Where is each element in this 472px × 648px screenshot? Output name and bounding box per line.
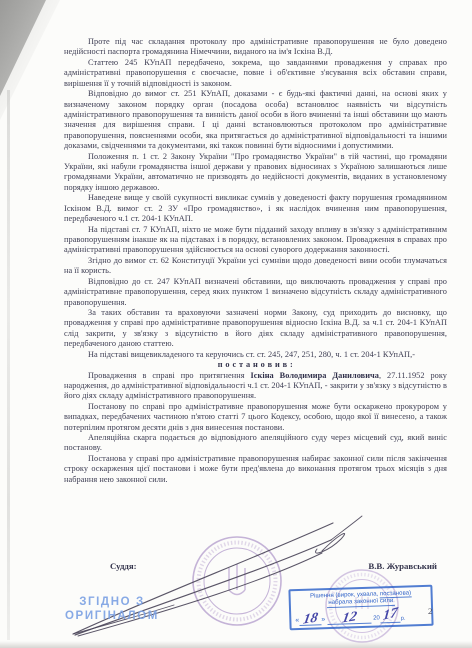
paragraph: Відповідно до вимог ст. 251 КУпАП, доказ… xyxy=(64,89,447,152)
paragraph: Згідно до вимог ст. 62 Конституції Украї… xyxy=(64,256,447,277)
handwritten-month: 12 xyxy=(341,611,357,625)
month-field: 12 xyxy=(327,609,371,625)
document-body: Проте під час складання протоколу про ад… xyxy=(64,37,447,485)
day-field: 18 xyxy=(299,610,321,626)
paragraph: Постанову по справі про адміністративне … xyxy=(64,402,447,433)
defendant-name: Іскіна Володимира Даниловича xyxy=(251,371,379,380)
close-quote: » xyxy=(321,616,325,623)
legal-force-date-line: « 18 » 12 20 17 р. xyxy=(291,608,431,626)
page-number: 2 xyxy=(428,606,432,616)
resolution-heading: п о с т а н о в и в : xyxy=(64,360,447,370)
certified-copy-line2: ОРИГІНАЛОМ xyxy=(56,610,168,624)
handwritten-year: 17 xyxy=(382,607,398,623)
year-field: 17 xyxy=(380,608,400,624)
handwritten-day: 18 xyxy=(302,613,318,627)
paragraph: Статтею 245 КУпАП передбачено, зокрема, … xyxy=(64,58,447,89)
paragraph: На підставі вищевикладеного та керуючись… xyxy=(64,350,447,360)
decision-paragraph: Провадження в справі про притягнення Іск… xyxy=(64,371,447,402)
paragraph: На підставі ст. 7 КУпАП, ніхто не може б… xyxy=(64,225,447,256)
legal-force-stamp: Рішення (вирок, ухвала, постанова) набра… xyxy=(288,585,433,631)
open-quote: « xyxy=(295,617,299,624)
paragraph: Положення п. 1 ст. 2 Закону України "Про… xyxy=(64,152,447,194)
year-prefix: 20 xyxy=(373,615,380,621)
scanned-court-document: Проте під час складання протоколу про ад… xyxy=(0,0,472,648)
paragraph: Постанова у справі про адміністративне п… xyxy=(64,454,447,485)
paragraph: Наведене вище у своїй сукупності виклика… xyxy=(64,193,447,224)
certified-copy-line1: ЗГІДНО З xyxy=(56,596,168,610)
decision-pre: Провадження в справі про притягнення xyxy=(88,371,251,380)
certified-copy-stamp: ЗГІДНО З ОРИГІНАЛОМ xyxy=(56,596,168,623)
paragraph: За таких обставин та враховуючи зазначен… xyxy=(64,308,447,350)
paragraph: Проте під час складання протоколу про ад… xyxy=(64,37,447,58)
court-round-seal-icon xyxy=(193,537,281,625)
year-suffix: р. xyxy=(401,616,406,622)
paragraph: Відповідно до ст. 247 КУпАП визначені об… xyxy=(64,277,447,308)
paragraph: Апеляційна скарга подається до відповідн… xyxy=(64,433,447,454)
